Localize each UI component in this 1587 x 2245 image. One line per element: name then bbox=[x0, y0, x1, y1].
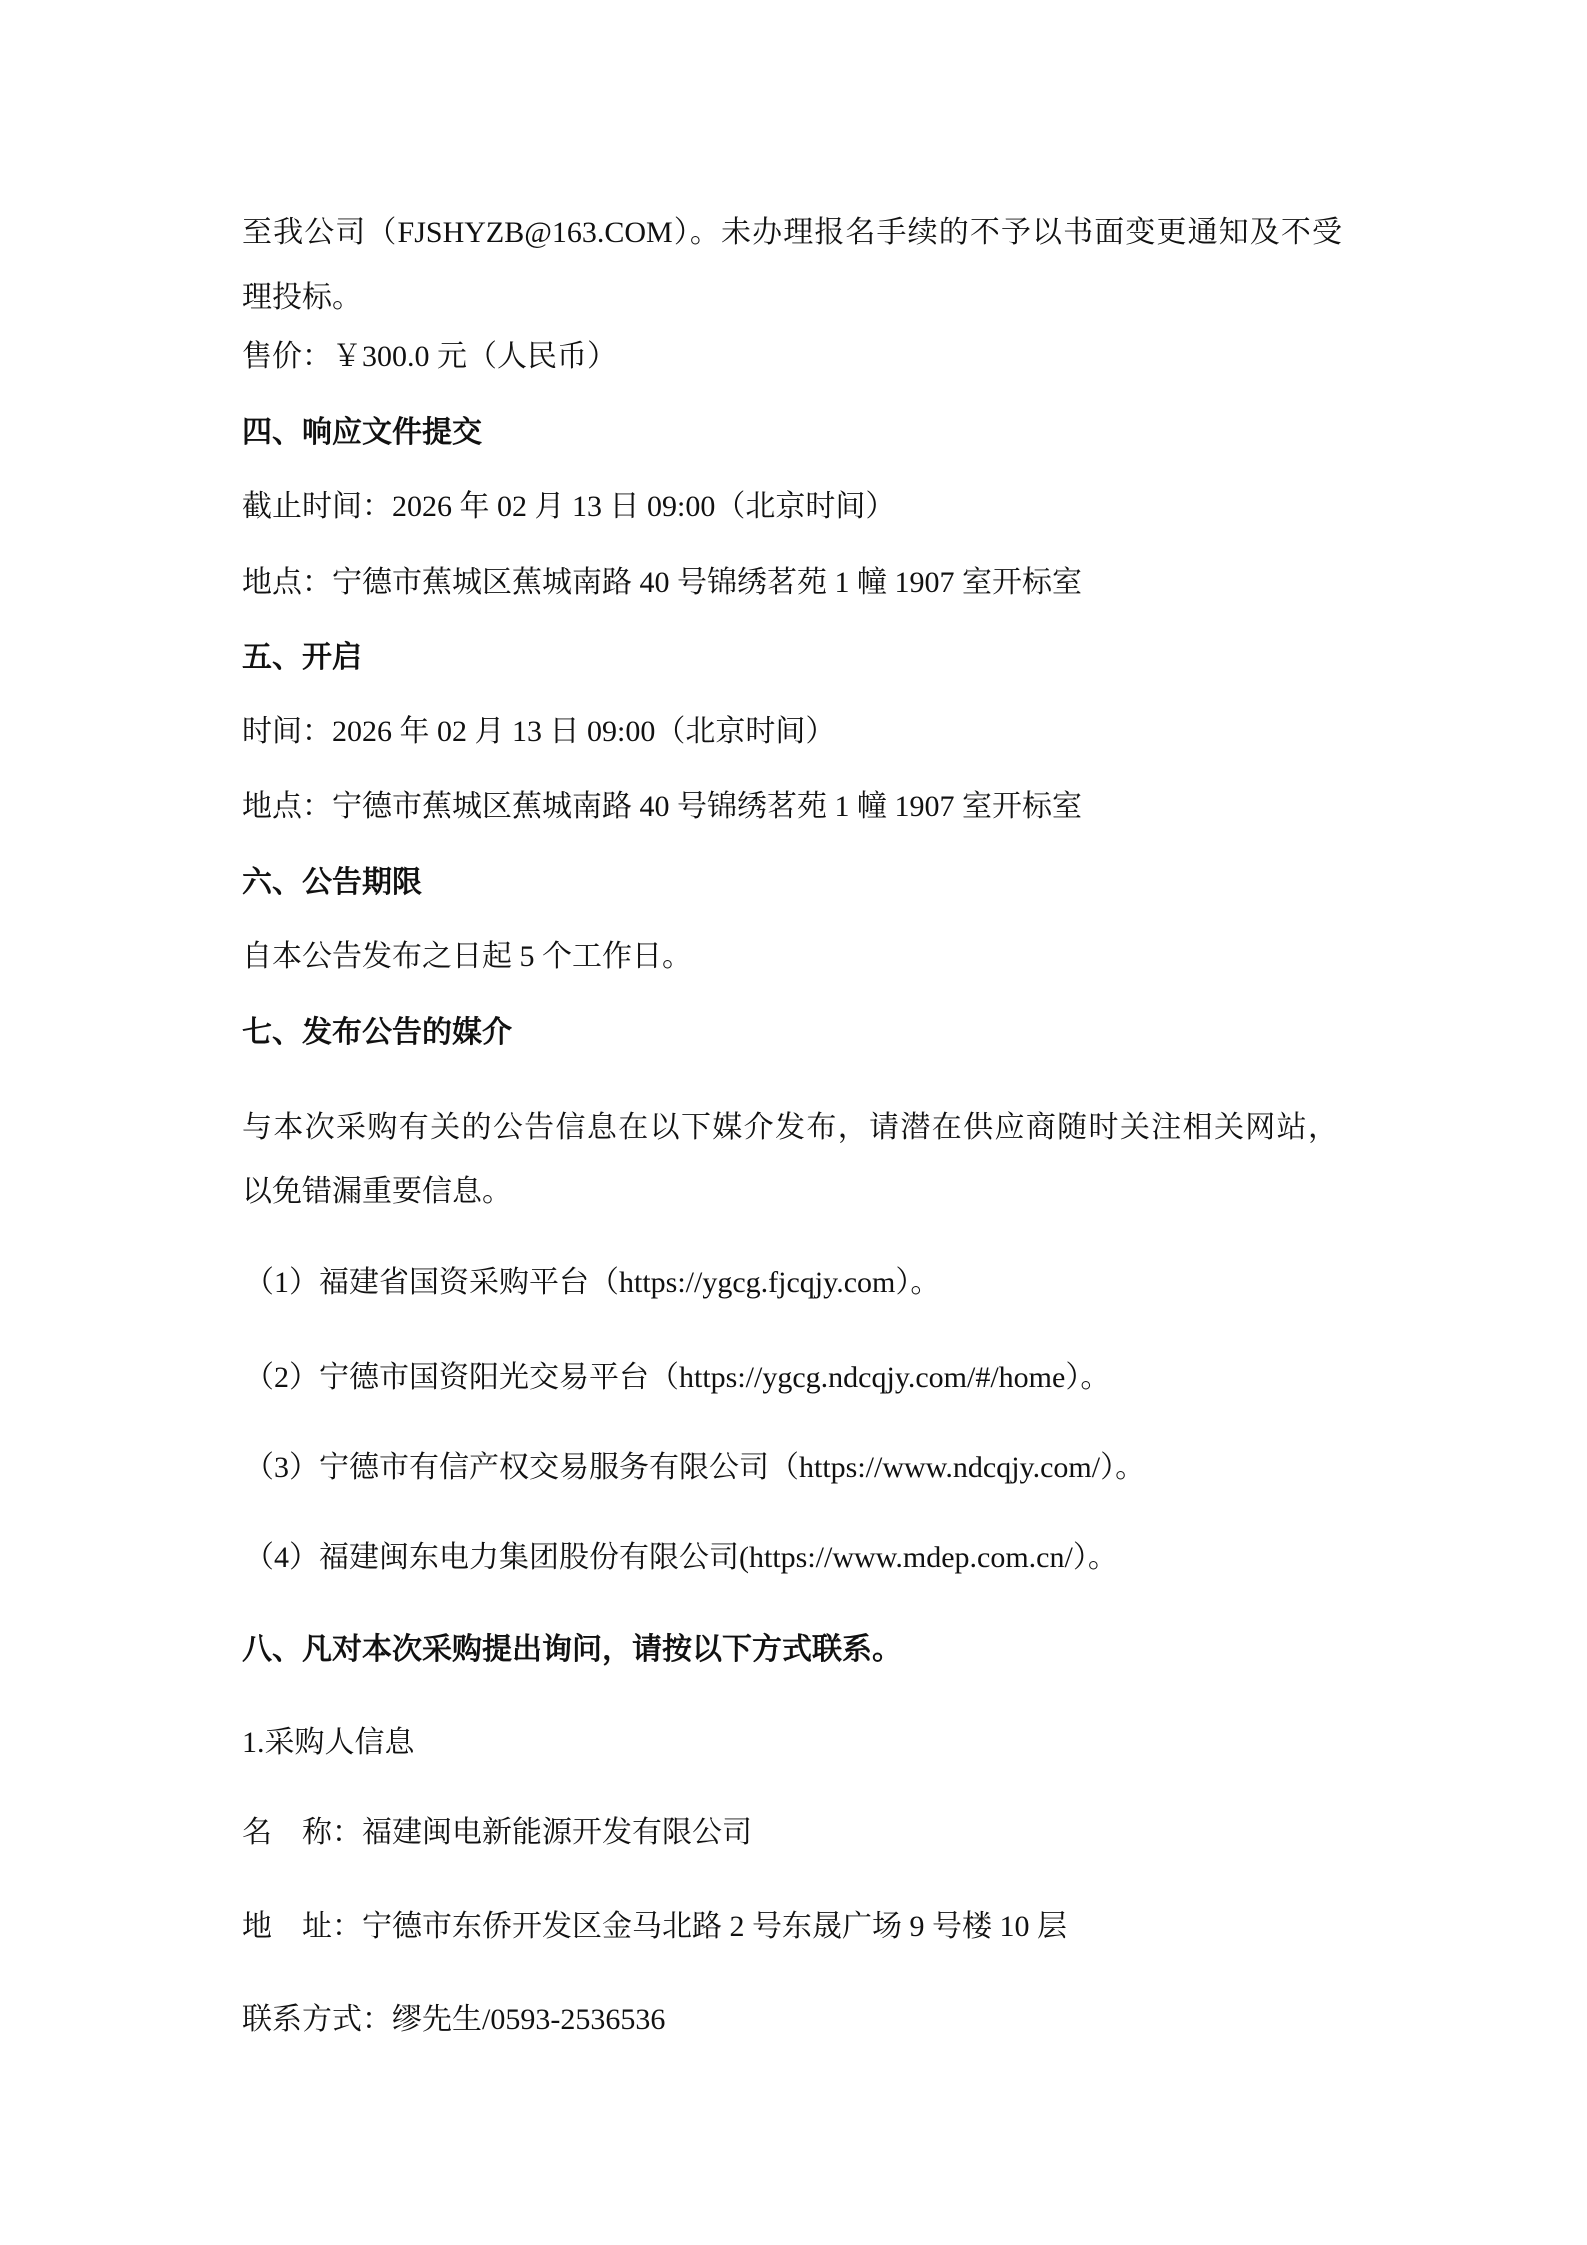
media-intro-line-2: 以免错漏重要信息。 bbox=[242, 1172, 512, 1212]
document-page: 至我公司（FJSHYZB@163.COM）。未办理报名手续的不予以书面变更通知及… bbox=[0, 0, 1587, 2245]
media-item-2: （2）宁德市国资阳光交易平台（https://ygcg.ndcqjy.com/#… bbox=[244, 1358, 1110, 1398]
media-intro-line-1: 与本次采购有关的公告信息在以下媒介发布，请潜在供应商随时关注相关网站， bbox=[242, 1108, 1338, 1148]
section-7-heading: 七、发布公告的媒介 bbox=[242, 1013, 512, 1053]
section-6-heading: 六、公告期限 bbox=[242, 863, 422, 903]
opening-time: 时间：2026 年 02 月 13 日 09:00（北京时间） bbox=[242, 712, 835, 752]
section-5-heading: 五、开启 bbox=[242, 638, 362, 678]
continuation-line-1: 至我公司（FJSHYZB@163.COM）。未办理报名手续的不予以书面变更通知及… bbox=[242, 213, 1342, 253]
announcement-period: 自本公告发布之日起 5 个工作日。 bbox=[242, 937, 692, 977]
continuation-line-2: 理投标。 bbox=[242, 278, 362, 318]
section-4-heading: 四、响应文件提交 bbox=[242, 413, 482, 453]
media-item-4: （4）福建闽东电力集团股份有限公司(https://www.mdep.com.c… bbox=[244, 1538, 1118, 1578]
purchaser-info-title: 1.采购人信息 bbox=[242, 1723, 415, 1763]
section-8-heading: 八、凡对本次采购提出询问，请按以下方式联系。 bbox=[242, 1630, 902, 1670]
submission-deadline: 截止时间：2026 年 02 月 13 日 09:00（北京时间） bbox=[242, 487, 895, 527]
submission-location: 地点：宁德市蕉城区蕉城南路 40 号锦绣茗苑 1 幢 1907 室开标室 bbox=[242, 563, 1082, 603]
media-item-3: （3）宁德市有信产权交易服务有限公司（https://www.ndcqjy.co… bbox=[244, 1448, 1145, 1488]
price-text: 售价：￥300.0 元（人民币） bbox=[242, 337, 617, 377]
media-item-1: （1）福建省国资采购平台（https://ygcg.fjcqjy.com）。 bbox=[244, 1263, 940, 1303]
purchaser-name: 名 称：福建闽电新能源开发有限公司 bbox=[242, 1813, 752, 1853]
opening-location: 地点：宁德市蕉城区蕉城南路 40 号锦绣茗苑 1 幢 1907 室开标室 bbox=[242, 787, 1082, 827]
purchaser-contact: 联系方式：缪先生/0593-2536536 bbox=[242, 2000, 665, 2040]
purchaser-address: 地 址：宁德市东侨开发区金马北路 2 号东晟广场 9 号楼 10 层 bbox=[242, 1907, 1067, 1947]
